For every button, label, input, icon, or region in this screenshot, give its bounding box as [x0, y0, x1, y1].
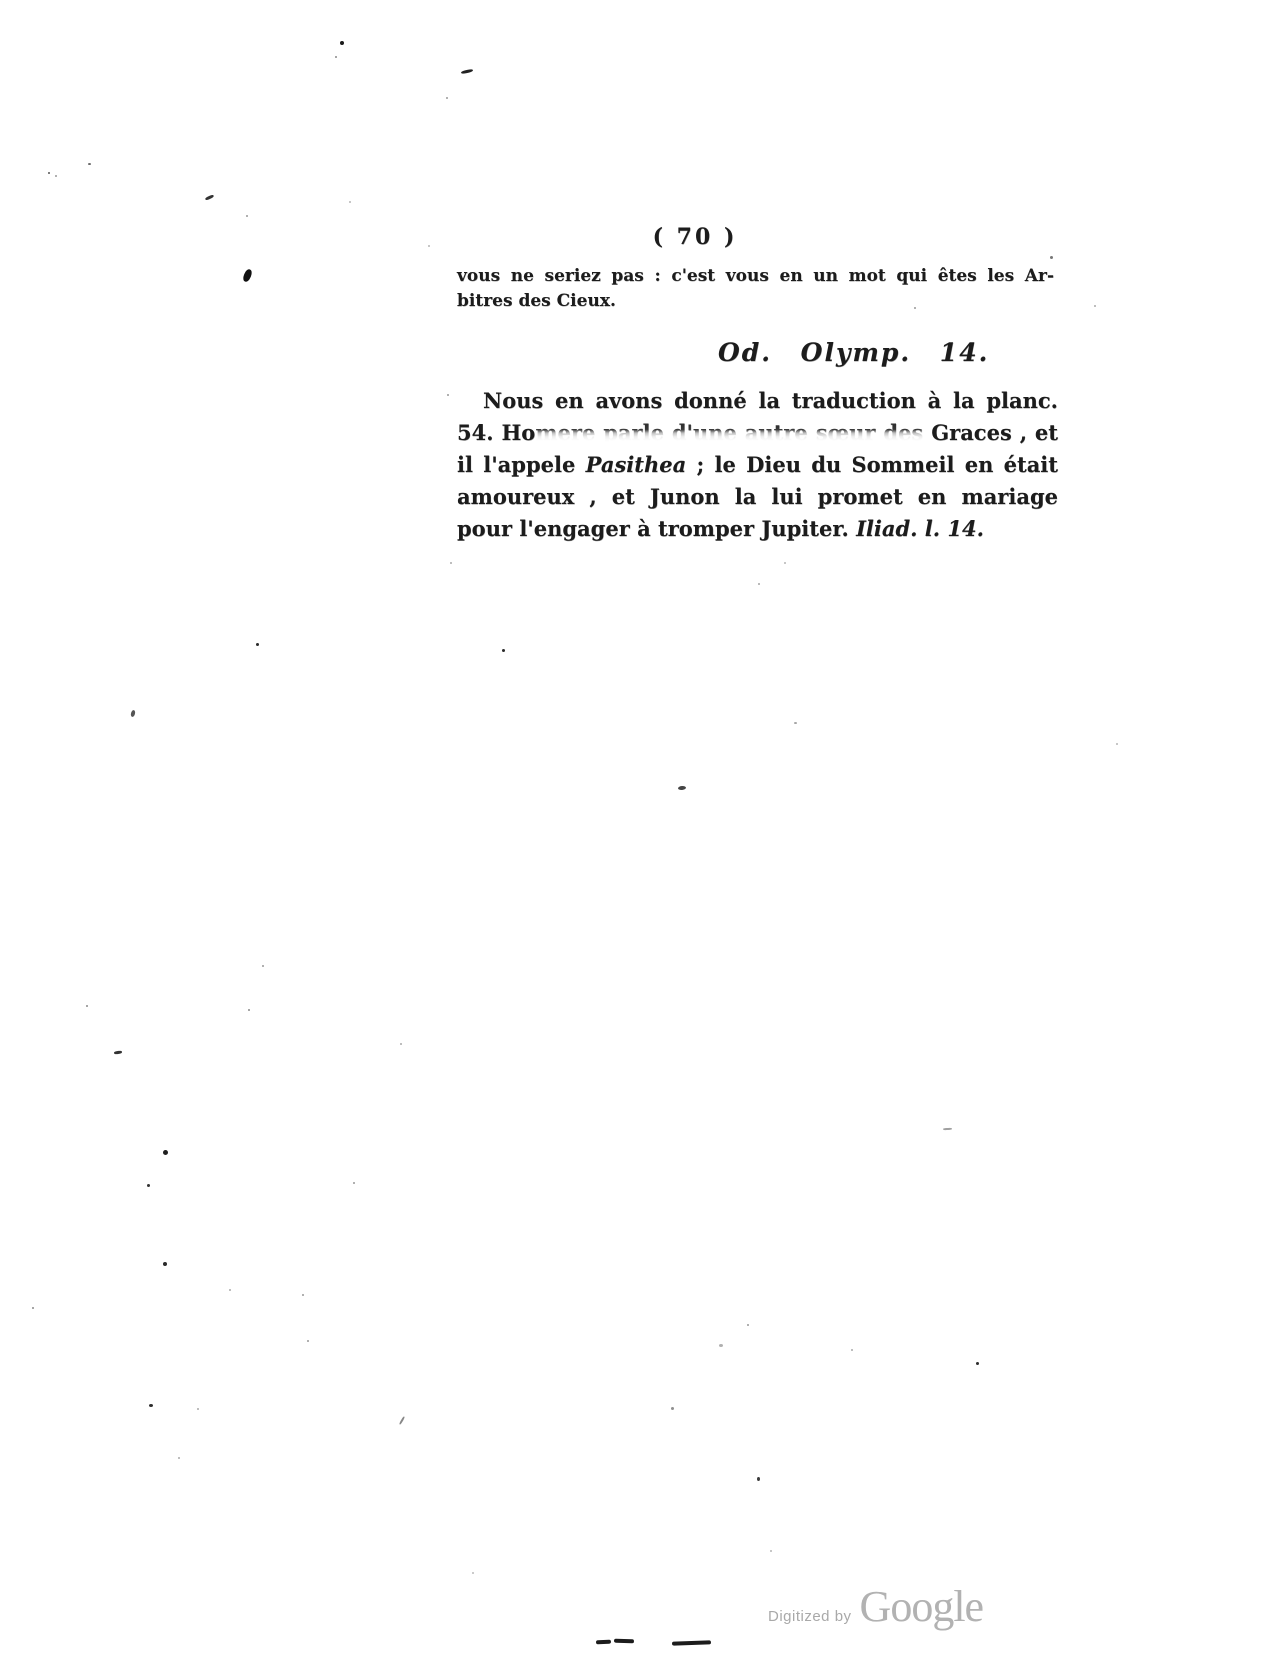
scan-speck — [794, 722, 797, 724]
scan-speck — [163, 1262, 167, 1266]
scan-speck — [48, 172, 50, 174]
scan-speck — [1050, 256, 1053, 259]
scan-speck — [178, 1457, 180, 1459]
scan-speck — [1094, 305, 1096, 307]
scan-speck — [262, 965, 264, 967]
scan-speck — [784, 562, 786, 564]
scan-speck — [130, 710, 136, 718]
scan-speck — [335, 56, 337, 58]
paragraph-line-3-end: ; le Dieu du Sommeil en était — [686, 452, 1058, 477]
scan-speck — [614, 1639, 634, 1644]
scan-speck — [914, 307, 916, 309]
scan-speck — [340, 41, 344, 45]
page-number: ( 70 ) — [650, 226, 740, 248]
scan-speck — [719, 1344, 723, 1347]
scan-speck — [114, 1050, 122, 1054]
paragraph-line-5-start: pour l'engager à tromper Jupiter. — [457, 516, 856, 541]
paragraph-line-4: amoureux , et Junon la lui promet en mar… — [457, 486, 1058, 507]
paragraph-line-5: pour l'engager à tromper Jupiter. Iliad.… — [457, 518, 1058, 539]
scan-speck — [349, 201, 351, 203]
scan-speck — [229, 1289, 231, 1291]
scan-speck — [353, 1182, 355, 1184]
scan-speck — [88, 163, 91, 165]
google-watermark: Digitized by Google — [768, 1581, 983, 1632]
scan-speck — [461, 69, 473, 74]
paragraph-line-2: 54. Homere parle d'une autre sœur des Gr… — [457, 422, 1058, 443]
scan-speck — [205, 194, 214, 201]
scan-speck — [672, 1640, 711, 1645]
scan-speck — [502, 649, 505, 652]
paragraph-line-3: il l'appele Pasithea ; le Dieu du Sommei… — [457, 454, 1058, 475]
digitized-by-label: Digitized by — [768, 1608, 852, 1625]
scan-speck — [248, 1009, 250, 1011]
scan-speck — [976, 1362, 979, 1365]
iliad-reference-italic: Iliad. l. 14. — [856, 516, 984, 541]
citation-od-olymp: Od. Olymp. 14. — [718, 340, 989, 365]
scan-speck — [747, 1324, 749, 1326]
scan-speck — [256, 643, 259, 646]
scan-speck — [163, 1150, 168, 1155]
scan-speck — [399, 1416, 405, 1425]
paragraph-line-3-start: il l'appele — [457, 452, 586, 477]
scan-speck — [757, 1477, 760, 1481]
scan-speck — [149, 1404, 153, 1407]
pasithea-italic: Pasithea — [586, 452, 687, 477]
paragraph-line-1: Nous en avons donné la traduction à la p… — [457, 390, 1058, 411]
scan-speck — [447, 394, 449, 396]
scan-speck — [428, 245, 430, 247]
paragraph-line-2-faded-ink: mere parle d'une autre sœur des — [535, 420, 923, 445]
scan-speck — [307, 1340, 309, 1342]
preface-line-1: vous ne seriez pas : c'est vous en un mo… — [457, 268, 1054, 285]
scan-speck — [400, 1043, 402, 1045]
scan-speck — [472, 1572, 474, 1574]
scan-speck — [302, 1294, 304, 1296]
preface-line-2: bitres des Cieux. — [457, 293, 1054, 310]
paragraph-line-2-end: Graces , et — [923, 420, 1058, 445]
google-logo: Google — [860, 1581, 984, 1632]
scan-speck — [758, 583, 760, 585]
scan-speck — [86, 1005, 88, 1007]
scanned-book-page: ( 70 ) vous ne seriez pas : c'est vous e… — [0, 0, 1280, 1661]
scan-speck — [147, 1184, 150, 1187]
paragraph-line-2-start: 54. Ho — [457, 420, 535, 445]
scan-speck — [943, 1128, 952, 1130]
scan-speck — [242, 268, 253, 283]
scan-speck — [55, 175, 57, 177]
scan-speck — [678, 786, 686, 791]
scan-speck — [450, 562, 452, 564]
scan-speck — [1116, 743, 1118, 745]
scan-speck — [596, 1640, 611, 1645]
scan-speck — [671, 1407, 674, 1410]
scan-speck — [197, 1408, 199, 1410]
scan-speck — [851, 1349, 853, 1351]
scan-speck — [32, 1307, 34, 1309]
scan-speck — [446, 97, 448, 99]
scan-speck — [246, 215, 248, 217]
scan-speck — [770, 1550, 772, 1552]
